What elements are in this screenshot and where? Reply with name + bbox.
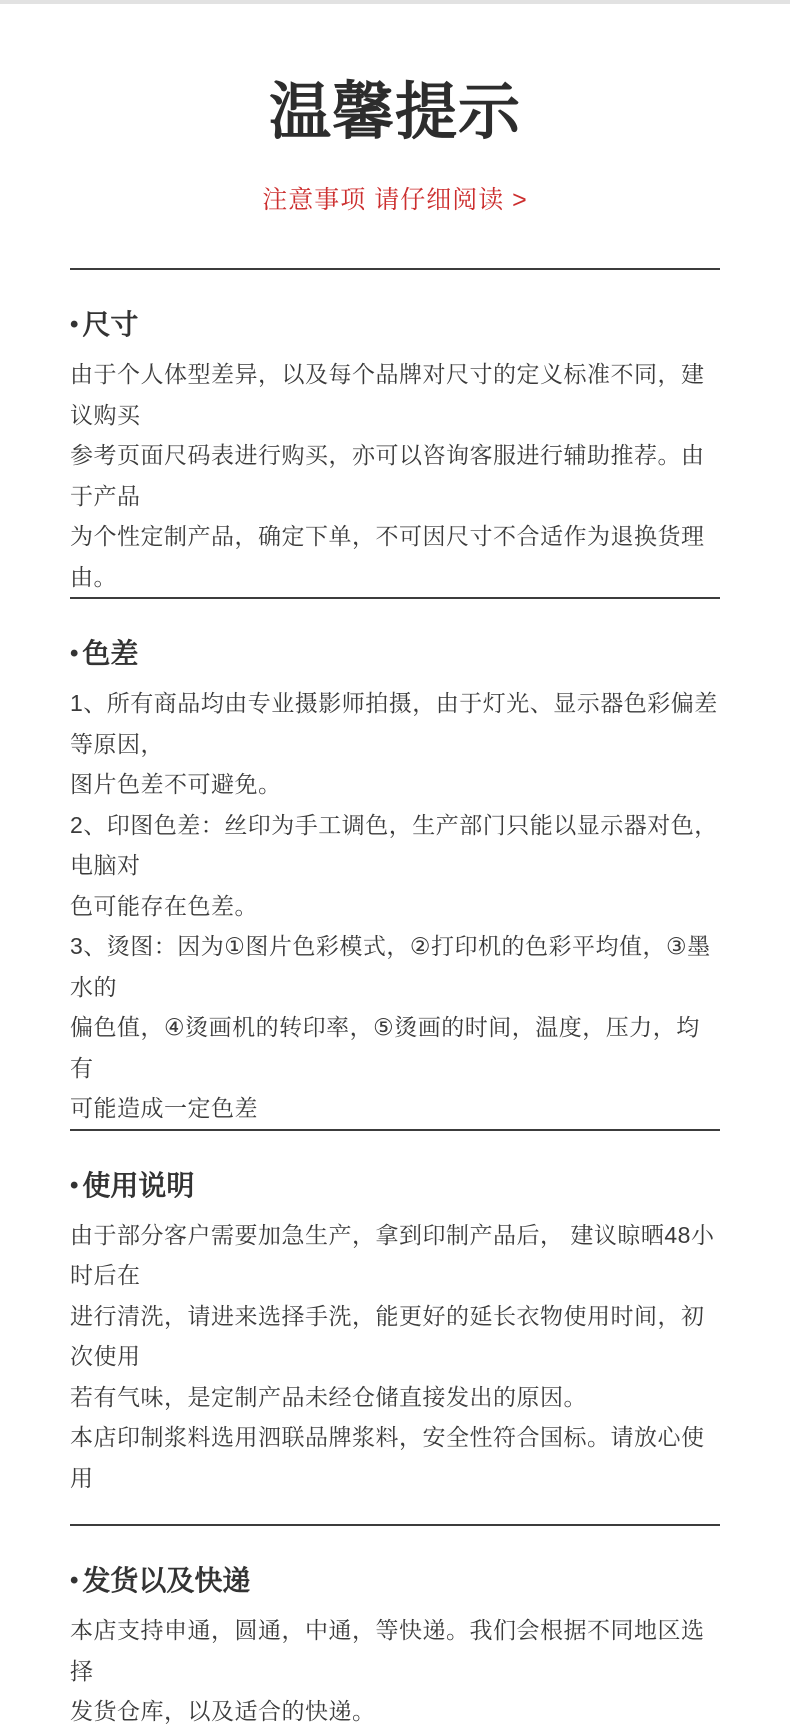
section-size: • 尺寸 由于个人体型差异，以及每个品牌对尺寸的定义标准不同，建议购买 参考页面… (70, 268, 720, 597)
top-divider-bar (0, 0, 790, 4)
bullet-icon: • (70, 306, 78, 344)
section-color-difference-header: • 色差 (70, 635, 720, 673)
bullet-icon: • (70, 1562, 78, 1600)
section-shipping-body: 本店支持申通，圆通，中通，等快递。我们会根据不同地区选择 发货仓库，以及适合的快… (70, 1610, 720, 1732)
section-title: 使用说明 (82, 1167, 194, 1205)
section-title: 发货以及快递 (82, 1562, 250, 1600)
section-divider (70, 1524, 720, 1526)
section-divider (70, 597, 720, 599)
section-color-difference-body: 1、所有商品均由专业摄影师拍摄，由于灯光、显示器色彩偏差等原因， 图片色差不可避… (70, 683, 720, 1129)
section-title: 色差 (82, 635, 138, 673)
section-divider (70, 268, 720, 270)
section-color-difference: • 色差 1、所有商品均由专业摄影师拍摄，由于灯光、显示器色彩偏差等原因， 图片… (70, 597, 720, 1129)
section-usage-header: • 使用说明 (70, 1167, 720, 1205)
section-size-body: 由于个人体型差异，以及每个品牌对尺寸的定义标准不同，建议购买 参考页面尺码表进行… (70, 354, 720, 597)
bullet-icon: • (70, 1167, 78, 1205)
bullet-icon: • (70, 635, 78, 673)
section-usage-body: 由于部分客户需要加急生产，拿到印制产品后， 建议晾晒48小时后在 进行清洗，请进… (70, 1215, 720, 1499)
notice-subtitle: 注意事项 请仔细阅读 > (70, 184, 720, 216)
page-title: 温馨提示 (70, 78, 720, 148)
notice-page: 温馨提示 注意事项 请仔细阅读 > • 尺寸 由于个人体型差异，以及每个品牌对尺… (0, 78, 790, 1732)
section-size-header: • 尺寸 (70, 306, 720, 344)
section-title: 尺寸 (82, 306, 138, 344)
section-shipping: • 发货以及快递 本店支持申通，圆通，中通，等快递。我们会根据不同地区选择 发货… (70, 1524, 720, 1732)
section-usage: • 使用说明 由于部分客户需要加急生产，拿到印制产品后， 建议晾晒48小时后在 … (70, 1129, 720, 1525)
section-shipping-header: • 发货以及快递 (70, 1562, 720, 1600)
section-divider (70, 1129, 720, 1131)
